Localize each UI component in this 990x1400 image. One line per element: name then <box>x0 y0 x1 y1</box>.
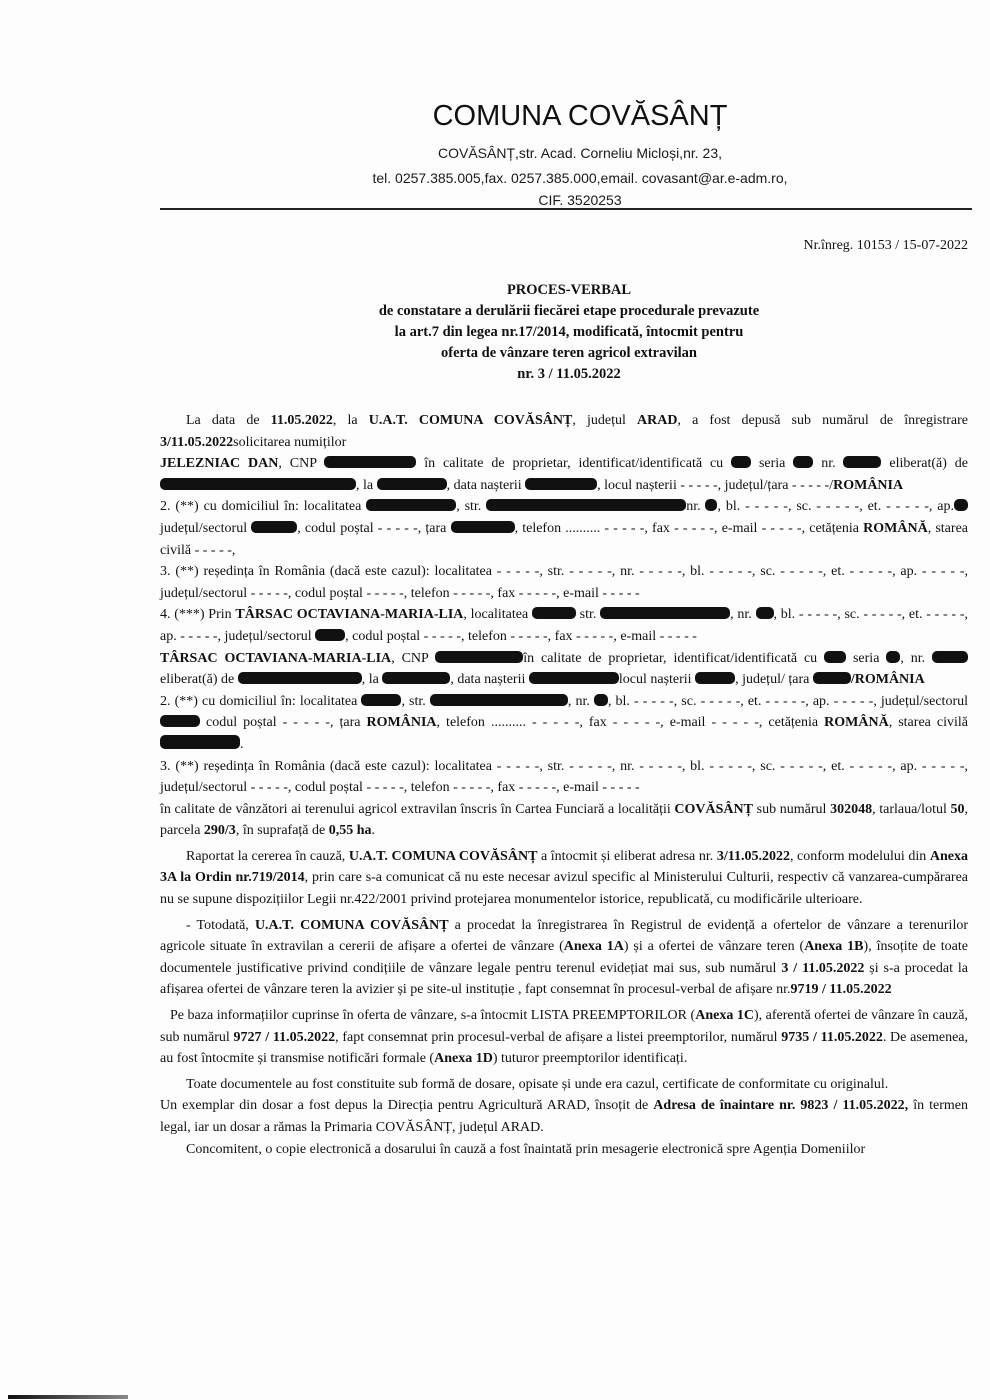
paragraph-electronic-copy: Concomitent, o copie electronică a dosar… <box>160 1139 968 1161</box>
document-title: PROCES-VERBAL de constatare a derulării … <box>0 280 990 385</box>
redaction <box>451 521 515 533</box>
paragraph-preemptors: Pe baza informațiilor cuprinse în oferta… <box>160 1005 968 1070</box>
redaction <box>594 694 608 706</box>
title-line: oferta de vânzare teren agricol extravil… <box>0 343 990 364</box>
redaction <box>251 521 297 533</box>
redaction <box>731 456 751 468</box>
redaction <box>238 672 362 684</box>
redaction <box>430 694 568 706</box>
redaction <box>435 651 523 663</box>
redaction <box>324 456 416 468</box>
title-line: PROCES-VERBAL <box>0 280 990 301</box>
municipality-contact: tel. 0257.385.005,fax. 0257.385.000,emai… <box>0 170 990 186</box>
redaction <box>366 499 456 511</box>
title-line: la art.7 din legea nr.17/2014, modificat… <box>0 322 990 343</box>
owner1-residence: 3. (**) reședința în România (dacă este … <box>160 561 968 604</box>
redaction <box>160 735 240 749</box>
header-divider <box>160 208 972 210</box>
redaction <box>600 607 730 619</box>
redaction <box>954 499 968 511</box>
redaction <box>377 478 447 490</box>
registration-number: Nr.înreg. 10153 / 15-07-2022 <box>804 238 968 254</box>
owner2-residence: 3. (**) reședința în România (dacă este … <box>160 756 968 799</box>
redaction <box>813 672 851 684</box>
paragraph-agriculture-directorate: Un exemplar din dosar a fost depus la Di… <box>160 1095 968 1138</box>
owner1-domicile: 2. (**) cu domiciliul în: localitatea , … <box>160 496 968 561</box>
redaction <box>705 499 717 511</box>
redaction <box>695 672 735 684</box>
owner1-identity: JELEZNIAC DAN, CNP în calitate de propri… <box>160 453 968 496</box>
municipality-title: COMUNA COVĂSÂNȚ <box>0 100 990 133</box>
redaction <box>843 456 881 468</box>
redaction <box>486 499 686 511</box>
redaction <box>793 456 813 468</box>
redaction <box>932 651 968 663</box>
redaction <box>824 651 846 663</box>
owner2-domicile: 2. (**) cu domiciliul în: localitatea , … <box>160 691 968 756</box>
redaction <box>886 651 900 663</box>
redaction <box>525 478 597 490</box>
land-description: în calitate de vânzători ai terenului ag… <box>160 799 968 842</box>
intro-paragraph: La data de 11.05.2022, la U.A.T. COMUNA … <box>160 410 968 453</box>
municipality-address: COVĂSÂNȚ,str. Acad. Corneliu Micloși,nr.… <box>0 145 990 161</box>
redaction <box>315 629 345 641</box>
title-line: de constatare a derulării fiecărei etape… <box>0 301 990 322</box>
redaction <box>361 694 401 706</box>
paragraph-registry: - Totodată, U.A.T. COMUNA COVĂSÂNȚ a pro… <box>160 915 968 1001</box>
document-page: COMUNA COVĂSÂNȚ COVĂSÂNȚ,str. Acad. Corn… <box>0 0 990 1400</box>
owner2-identity: TÂRSAC OCTAVIANA-MARIA-LIA, CNP în calit… <box>160 648 968 691</box>
redaction <box>382 672 450 684</box>
title-line: nr. 3 / 11.05.2022 <box>0 364 990 385</box>
redaction <box>160 478 356 490</box>
paragraph-dossiers: Toate documentele au fost constituite su… <box>160 1074 968 1096</box>
redaction <box>529 672 619 684</box>
document-body: La data de 11.05.2022, la U.A.T. COMUNA … <box>160 410 968 1160</box>
owner1-representative: 4. (***) Prin TÂRSAC OCTAVIANA-MARIA-LIA… <box>160 604 968 647</box>
redaction <box>160 715 200 727</box>
paragraph-culture-ministry: Raportat la cererea în cauză, U.A.T. COM… <box>160 846 968 911</box>
scan-edge-mark <box>8 1395 128 1399</box>
redaction <box>532 607 576 619</box>
municipality-cif: CIF. 3520253 <box>0 192 990 208</box>
redaction <box>756 607 774 619</box>
